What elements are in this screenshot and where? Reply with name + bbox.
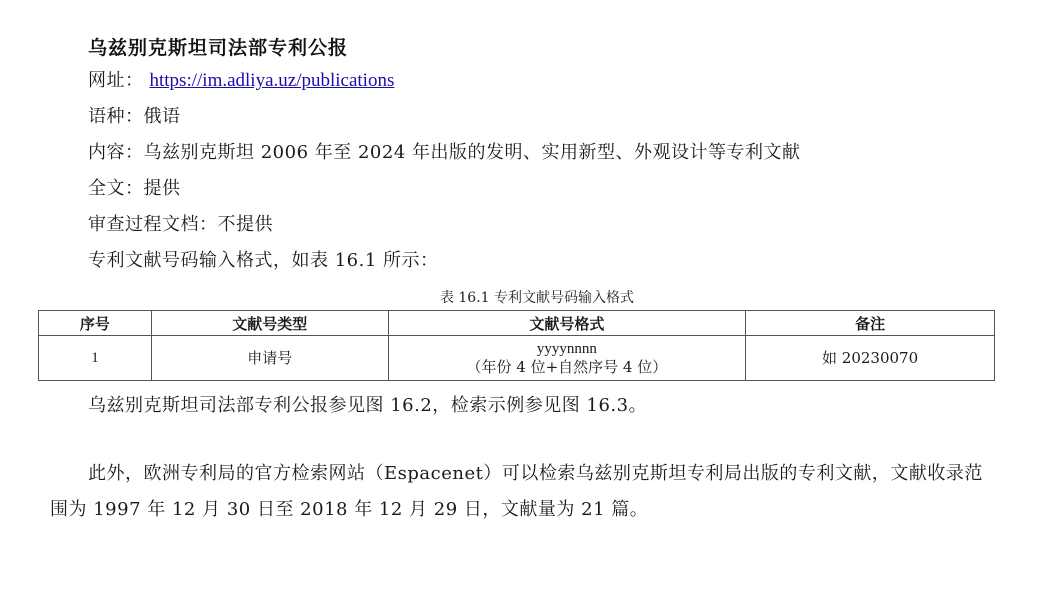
document-title: 乌兹别克斯坦司法部专利公报 [88,33,348,60]
fulltext-line: 全文：提供 [88,177,181,201]
examination-docs-line: 审查过程文档：不提供 [88,213,273,237]
language-label: 语种： [88,106,144,127]
table-header-row: 序号 文献号类型 文献号格式 备注 [39,311,995,336]
examination-docs-label: 审查过程文档： [88,214,218,235]
format-pattern: yyyynnnn [393,340,742,358]
language-line: 语种：俄语 [88,105,181,129]
format-explanation: （年份 4 位+自然序号 4 位） [393,358,742,376]
content-line: 内容：乌兹别克斯坦 2006 年至 2024 年出版的发明、实用新型、外观设计等… [88,141,801,165]
url-label: 网址： [88,70,144,91]
cell-note: 如 20230070 [746,336,995,381]
header-note: 备注 [746,311,995,336]
content-label: 内容： [88,142,144,163]
espacenet-paragraph: 此外，欧洲专利局的官方检索网站（Espacenet）可以检索乌兹别克斯坦专利局出… [50,456,1000,528]
content-value: 乌兹别克斯坦 2006 年至 2024 年出版的发明、实用新型、外观设计等专利文… [144,142,801,163]
figure-reference-paragraph: 乌兹别克斯坦司法部专利公报参见图 16.2，检索示例参见图 16.3。 [88,394,647,418]
header-index: 序号 [39,311,152,336]
examination-docs-value: 不提供 [218,214,274,235]
table-caption: 表 16.1 专利文献号码输入格式 [0,287,1056,307]
number-format-table: 序号 文献号类型 文献号格式 备注 1 申请号 yyyynnnn （年份 4 位… [38,310,995,381]
url-line: 网址：https://im.adliya.uz/publications [88,69,394,93]
cell-index: 1 [39,336,152,381]
publications-link[interactable]: https://im.adliya.uz/publications [150,70,395,91]
language-value: 俄语 [144,106,181,127]
cell-type: 申请号 [151,336,388,381]
table-row: 1 申请号 yyyynnnn （年份 4 位+自然序号 4 位） 如 20230… [39,336,995,381]
header-type: 文献号类型 [151,311,388,336]
fulltext-label: 全文： [88,178,144,199]
header-format: 文献号格式 [388,311,746,336]
format-intro: 专利文献号码输入格式，如表 16.1 所示： [88,249,439,273]
fulltext-value: 提供 [144,178,181,199]
document-page: 乌兹别克斯坦司法部专利公报 网址：https://im.adliya.uz/pu… [0,0,1056,607]
cell-format: yyyynnnn （年份 4 位+自然序号 4 位） [388,336,746,381]
